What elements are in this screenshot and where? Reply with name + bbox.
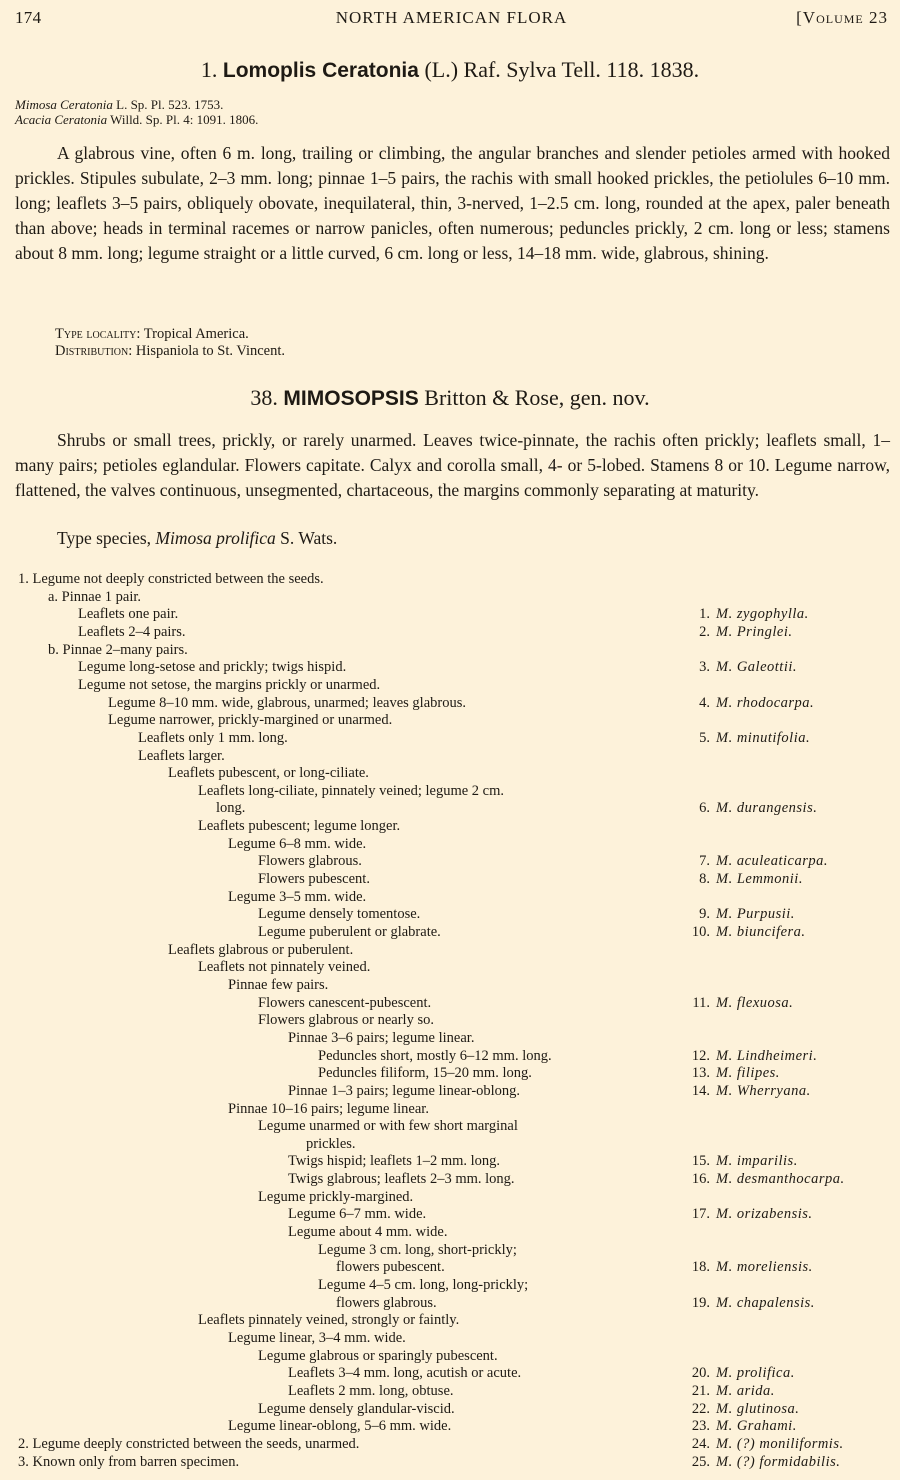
species-number: 8. (670, 870, 710, 888)
key-result: 3.M. Galeottii. (670, 658, 797, 676)
species-number: 23. (670, 1417, 710, 1435)
key-result: 20.M. prolifica. (670, 1364, 795, 1382)
key-row: Legume densely tomentose.9.M. Purpusii. (0, 905, 900, 923)
key-row: Leaflets pubescent; legume longer. (0, 817, 900, 835)
key-lead-text: Legume 3 cm. long, short-prickly; (318, 1241, 517, 1259)
species-number: 1. (670, 605, 710, 623)
key-result: 25.M. (?) formidabilis. (670, 1453, 840, 1471)
species-number: 21. (670, 1382, 710, 1400)
key-row: flowers pubescent.18.M. moreliensis. (0, 1258, 900, 1276)
key-row: Legume about 4 mm. wide. (0, 1223, 900, 1241)
key-lead-text: Legume 4–5 cm. long, long-prickly; (318, 1276, 528, 1294)
synonym: Acacia Ceratonia Willd. Sp. Pl. 4: 1091.… (15, 112, 258, 127)
running-head: 174 NORTH AMERICAN FLORA [Volume 23 (15, 8, 888, 32)
key-row: Leaflets larger. (0, 747, 900, 765)
key-lead-text: Leaflets glabrous or puberulent. (168, 941, 353, 959)
species-number: 4. (670, 694, 710, 712)
document-page: 174 NORTH AMERICAN FLORA [Volume 23 1. L… (0, 0, 900, 1480)
synonymy: Mimosa Ceratonia L. Sp. Pl. 523. 1753. A… (15, 97, 258, 127)
key-lead-text: Legume densely tomentose. (258, 905, 420, 923)
key-result: 14.M. Wherryana. (670, 1082, 811, 1100)
key-row: Pinnae 1–3 pairs; legume linear-oblong.1… (0, 1082, 900, 1100)
key-lead-text: flowers glabrous. (336, 1294, 437, 1312)
key-result: 7.M. aculeaticarpa. (670, 852, 828, 870)
key-lead-text: Legume linear-oblong, 5–6 mm. wide. (228, 1417, 451, 1435)
distribution-value: Hispaniola to St. Vincent. (136, 343, 285, 359)
key-lead-text: Leaflets long-ciliate, pinnately veined;… (198, 782, 504, 800)
key-lead-text: Pinnae 3–6 pairs; legume linear. (288, 1029, 474, 1047)
species-heading: 1. Lomoplis Ceratonia (L.) Raf. Sylva Te… (0, 57, 900, 83)
key-row: Legume 3–5 mm. wide. (0, 888, 900, 906)
key-row: Legume long-setose and prickly; twigs hi… (0, 658, 900, 676)
type-species: Type species, Mimosa prolifica S. Wats. (57, 528, 337, 549)
species-name: M. desmanthocarpa. (716, 1171, 845, 1187)
key-lead-text: Flowers glabrous or nearly so. (258, 1011, 434, 1029)
key-row: a. Pinnae 1 pair. (0, 588, 900, 606)
distribution-label: Distribution (55, 343, 128, 359)
species-notes: Type locality: Tropical America. Distrib… (55, 326, 285, 360)
genus-authority: Britton & Rose, gen. nov. (424, 385, 649, 410)
key-row: Leaflets glabrous or puberulent. (0, 941, 900, 959)
key-lead-text: Leaflets pinnately veined, strongly or f… (198, 1311, 459, 1329)
key-lead-text: 3. Known only from barren specimen. (18, 1453, 239, 1471)
species-number: 18. (670, 1258, 710, 1276)
species-name: M. arida. (716, 1383, 775, 1399)
species-name: M. chapalensis. (716, 1295, 815, 1311)
species-number: 9. (670, 905, 710, 923)
key-row: Leaflets not pinnately veined. (0, 958, 900, 976)
key-lead-text: Legume puberulent or glabrate. (258, 923, 441, 941)
key-result: 4.M. rhodocarpa. (670, 694, 814, 712)
key-lead-text: Twigs hispid; leaflets 1–2 mm. long. (288, 1152, 500, 1170)
key-lead-text: prickles. (306, 1135, 356, 1153)
key-lead-text: Leaflets larger. (138, 747, 225, 765)
species-name: M. (?) formidabilis. (716, 1454, 840, 1470)
key-lead-text: Leaflets 2 mm. long, obtuse. (288, 1382, 454, 1400)
key-result: 10.M. biuncifera. (670, 923, 806, 941)
key-lead-text: flowers pubescent. (336, 1258, 445, 1276)
species-name: M. Galeottii. (716, 659, 797, 675)
key-lead-text: Pinnae 10–16 pairs; legume linear. (228, 1100, 429, 1118)
species-number: 25. (670, 1453, 710, 1471)
distribution: Distribution: Hispaniola to St. Vincent. (55, 343, 285, 360)
key-row: Legume densely glandular-viscid.22.M. gl… (0, 1400, 900, 1418)
key-result: 24.M. (?) moniliformis. (670, 1435, 844, 1453)
key-lead-text: Legume glabrous or sparingly pubescent. (258, 1347, 498, 1365)
key-lead-text: Legume 3–5 mm. wide. (228, 888, 366, 906)
key-row: Pinnae few pairs. (0, 976, 900, 994)
key-lead-text: Leaflets 2–4 pairs. (78, 623, 186, 641)
species-name: M. moreliensis. (716, 1259, 813, 1275)
key-lead-text: Peduncles filiform, 15–20 mm. long. (318, 1064, 532, 1082)
species-name: M. Wherryana. (716, 1083, 811, 1099)
key-lead-text: Pinnae 1–3 pairs; legume linear-oblong. (288, 1082, 520, 1100)
key-row: Peduncles filiform, 15–20 mm. long.13.M.… (0, 1064, 900, 1082)
key-result: 19.M. chapalensis. (670, 1294, 815, 1312)
key-row: Leaflets long-ciliate, pinnately veined;… (0, 782, 900, 800)
key-row: Legume not setose, the margins prickly o… (0, 676, 900, 694)
key-lead-text: Legume not setose, the margins prickly o… (78, 676, 380, 694)
type-species-author: S. Wats. (280, 528, 337, 548)
key-row: Leaflets pubescent, or long-ciliate. (0, 764, 900, 782)
key-row: Legume 4–5 cm. long, long-prickly; (0, 1276, 900, 1294)
key-row: Leaflets 2 mm. long, obtuse.21.M. arida. (0, 1382, 900, 1400)
species-name: Lomoplis Ceratonia (223, 59, 419, 82)
key-row: Leaflets 2–4 pairs.2.M. Pringlei. (0, 623, 900, 641)
key-row: Leaflets pinnately veined, strongly or f… (0, 1311, 900, 1329)
type-species-prefix: Type species, (57, 528, 151, 548)
key-row: Legume unarmed or with few short margina… (0, 1117, 900, 1135)
key-lead-text: Legume 8–10 mm. wide, glabrous, unarmed;… (108, 694, 466, 712)
key-lead-text: Legume about 4 mm. wide. (288, 1223, 447, 1241)
synonym-name: Mimosa Ceratonia (15, 97, 113, 112)
key-lead-text: Legume unarmed or with few short margina… (258, 1117, 518, 1135)
key-row: Legume glabrous or sparingly pubescent. (0, 1347, 900, 1365)
type-locality: Type locality: Tropical America. (55, 326, 285, 343)
key-lead-text: Pinnae few pairs. (228, 976, 328, 994)
key-result: 9.M. Purpusii. (670, 905, 795, 923)
species-name: M. flexuosa. (716, 995, 793, 1011)
genus-name: MIMOSOPSIS (283, 387, 418, 410)
species-number: 17. (670, 1205, 710, 1223)
key-lead-text: Legume linear, 3–4 mm. wide. (228, 1329, 406, 1347)
key-row: Twigs glabrous; leaflets 2–3 mm. long.16… (0, 1170, 900, 1188)
key-row: Legume narrower, prickly-margined or una… (0, 711, 900, 729)
species-name: M. imparilis. (716, 1153, 798, 1169)
key-lead-text: Leaflets pubescent; legume longer. (198, 817, 400, 835)
key-lead-text: Leaflets 3–4 mm. long, acutish or acute. (288, 1364, 521, 1382)
species-number: 15. (670, 1152, 710, 1170)
key-result: 11.M. flexuosa. (670, 994, 793, 1012)
species-name: M. Pringlei. (716, 624, 792, 640)
species-name: M. rhodocarpa. (716, 695, 814, 711)
species-number: 6. (670, 799, 710, 817)
key-lead-text: Flowers canescent-pubescent. (258, 994, 431, 1012)
key-row: Flowers canescent-pubescent.11.M. flexuo… (0, 994, 900, 1012)
key-lead-text: Legume 6–7 mm. wide. (288, 1205, 426, 1223)
key-lead-text: Leaflets one pair. (78, 605, 178, 623)
key-result: 8.M. Lemmonii. (670, 870, 803, 888)
key-result: 2.M. Pringlei. (670, 623, 792, 641)
key-row: Legume linear-oblong, 5–6 mm. wide.23.M.… (0, 1417, 900, 1435)
key-row: 1. Legume not deeply constricted between… (0, 570, 900, 588)
synonym-citation: L. Sp. Pl. 523. 1753. (116, 97, 223, 112)
key-result: 22.M. glutinosa. (670, 1400, 799, 1418)
species-number: 10. (670, 923, 710, 941)
species-number: 13. (670, 1064, 710, 1082)
species-number: 16. (670, 1170, 710, 1188)
key-result: 15.M. imparilis. (670, 1152, 798, 1170)
key-lead-text: Flowers pubescent. (258, 870, 370, 888)
key-row: Legume puberulent or glabrate.10.M. biun… (0, 923, 900, 941)
key-row: Twigs hispid; leaflets 1–2 mm. long.15.M… (0, 1152, 900, 1170)
species-name: M. glutinosa. (716, 1401, 799, 1417)
key-lead-text: Peduncles short, mostly 6–12 mm. long. (318, 1047, 552, 1065)
species-name: M. Lindheimeri. (716, 1048, 817, 1064)
key-result: 13.M. filipes. (670, 1064, 780, 1082)
key-lead-text: Leaflets only 1 mm. long. (138, 729, 288, 747)
species-name: M. Lemmonii. (716, 871, 803, 887)
synonym-citation: Willd. Sp. Pl. 4: 1091. 1806. (110, 112, 258, 127)
key-lead-text: Legume long-setose and prickly; twigs hi… (78, 658, 346, 676)
key-row: Legume 8–10 mm. wide, glabrous, unarmed;… (0, 694, 900, 712)
key-row: Leaflets only 1 mm. long.5.M. minutifoli… (0, 729, 900, 747)
species-name: M. orizabensis. (716, 1206, 813, 1222)
key-lead-text: Leaflets pubescent, or long-ciliate. (168, 764, 369, 782)
key-row: prickles. (0, 1135, 900, 1153)
key-lead-text: Legume prickly-margined. (258, 1188, 413, 1206)
type-locality-label: Type locality (55, 326, 136, 342)
key-row: 3. Known only from barren specimen.25.M.… (0, 1453, 900, 1471)
species-name: M. prolifica. (716, 1365, 795, 1381)
key-result: 18.M. moreliensis. (670, 1258, 813, 1276)
key-row: flowers glabrous.19.M. chapalensis. (0, 1294, 900, 1312)
volume-label: [Volume 23 (796, 8, 888, 28)
key-row: 2. Legume deeply constricted between the… (0, 1435, 900, 1453)
key-row: Flowers glabrous or nearly so. (0, 1011, 900, 1029)
genus-heading: 38. MIMOSOPSIS Britton & Rose, gen. nov. (0, 385, 900, 411)
species-authority: (L.) Raf. Sylva Tell. 118. 1838. (424, 57, 699, 82)
genus-number: 38. (250, 385, 278, 410)
type-locality-value: Tropical America. (144, 326, 249, 342)
species-number: 20. (670, 1364, 710, 1382)
species-number: 24. (670, 1435, 710, 1453)
key-row: Peduncles short, mostly 6–12 mm. long.12… (0, 1047, 900, 1065)
key-lead-text: Leaflets not pinnately veined. (198, 958, 370, 976)
species-name: M. aculeaticarpa. (716, 853, 828, 869)
key-row: Flowers pubescent.8.M. Lemmonii. (0, 870, 900, 888)
key-lead-text: 1. Legume not deeply constricted between… (18, 570, 324, 588)
key-result: 12.M. Lindheimeri. (670, 1047, 817, 1065)
key-lead-text: a. Pinnae 1 pair. (48, 588, 141, 606)
species-name: M. (?) moniliformis. (716, 1436, 844, 1452)
key-lead-text: Legume 6–8 mm. wide. (228, 835, 366, 853)
synonym-name: Acacia Ceratonia (15, 112, 107, 127)
genus-description: Shrubs or small trees, prickly, or rarel… (15, 428, 890, 503)
key-lead-text: Flowers glabrous. (258, 852, 362, 870)
species-name: M. minutifolia. (716, 730, 810, 746)
key-row: Pinnae 3–6 pairs; legume linear. (0, 1029, 900, 1047)
species-name: M. durangensis. (716, 800, 817, 816)
species-number: 19. (670, 1294, 710, 1312)
key-row: Legume 3 cm. long, short-prickly; (0, 1241, 900, 1259)
key-row: Legume linear, 3–4 mm. wide. (0, 1329, 900, 1347)
key-result: 17.M. orizabensis. (670, 1205, 813, 1223)
key-row: Legume 6–8 mm. wide. (0, 835, 900, 853)
species-number: 2. (670, 623, 710, 641)
key-result: 23.M. Grahami. (670, 1417, 797, 1435)
key-result: 5.M. minutifolia. (670, 729, 810, 747)
species-number: 12. (670, 1047, 710, 1065)
species-number: 5. (670, 729, 710, 747)
key-lead-text: long. (216, 799, 245, 817)
species-number: 22. (670, 1400, 710, 1418)
species-number: 11. (670, 994, 710, 1012)
species-number: 1. (201, 57, 218, 82)
key-row: Leaflets 3–4 mm. long, acutish or acute.… (0, 1364, 900, 1382)
type-species-name: Mimosa prolifica (155, 528, 275, 548)
key-row: Legume 6–7 mm. wide.17.M. orizabensis. (0, 1205, 900, 1223)
species-number: 14. (670, 1082, 710, 1100)
key-lead-text: b. Pinnae 2–many pairs. (48, 641, 188, 659)
species-name: M. Purpusii. (716, 906, 795, 922)
key-row: Pinnae 10–16 pairs; legume linear. (0, 1100, 900, 1118)
species-name: M. zygophylla. (716, 606, 809, 622)
key-row: long.6.M. durangensis. (0, 799, 900, 817)
species-number: 7. (670, 852, 710, 870)
book-title: NORTH AMERICAN FLORA (15, 8, 888, 28)
key-row: Leaflets one pair.1.M. zygophylla. (0, 605, 900, 623)
key-row: b. Pinnae 2–many pairs. (0, 641, 900, 659)
key-result: 21.M. arida. (670, 1382, 775, 1400)
key-row: Flowers glabrous.7.M. aculeaticarpa. (0, 852, 900, 870)
species-name: M. Grahami. (716, 1418, 797, 1434)
species-name: M. filipes. (716, 1065, 780, 1081)
key-lead-text: 2. Legume deeply constricted between the… (18, 1435, 359, 1453)
species-description: A glabrous vine, often 6 m. long, traili… (15, 141, 890, 266)
key-lead-text: Legume narrower, prickly-margined or una… (108, 711, 392, 729)
key-row: Legume prickly-margined. (0, 1188, 900, 1206)
species-number: 3. (670, 658, 710, 676)
synonym: Mimosa Ceratonia L. Sp. Pl. 523. 1753. (15, 97, 258, 112)
key-result: 16.M. desmanthocarpa. (670, 1170, 845, 1188)
species-name: M. biuncifera. (716, 924, 806, 940)
key-lead-text: Twigs glabrous; leaflets 2–3 mm. long. (288, 1170, 515, 1188)
key-result: 6.M. durangensis. (670, 799, 817, 817)
key-lead-text: Legume densely glandular-viscid. (258, 1400, 455, 1418)
key-result: 1.M. zygophylla. (670, 605, 809, 623)
